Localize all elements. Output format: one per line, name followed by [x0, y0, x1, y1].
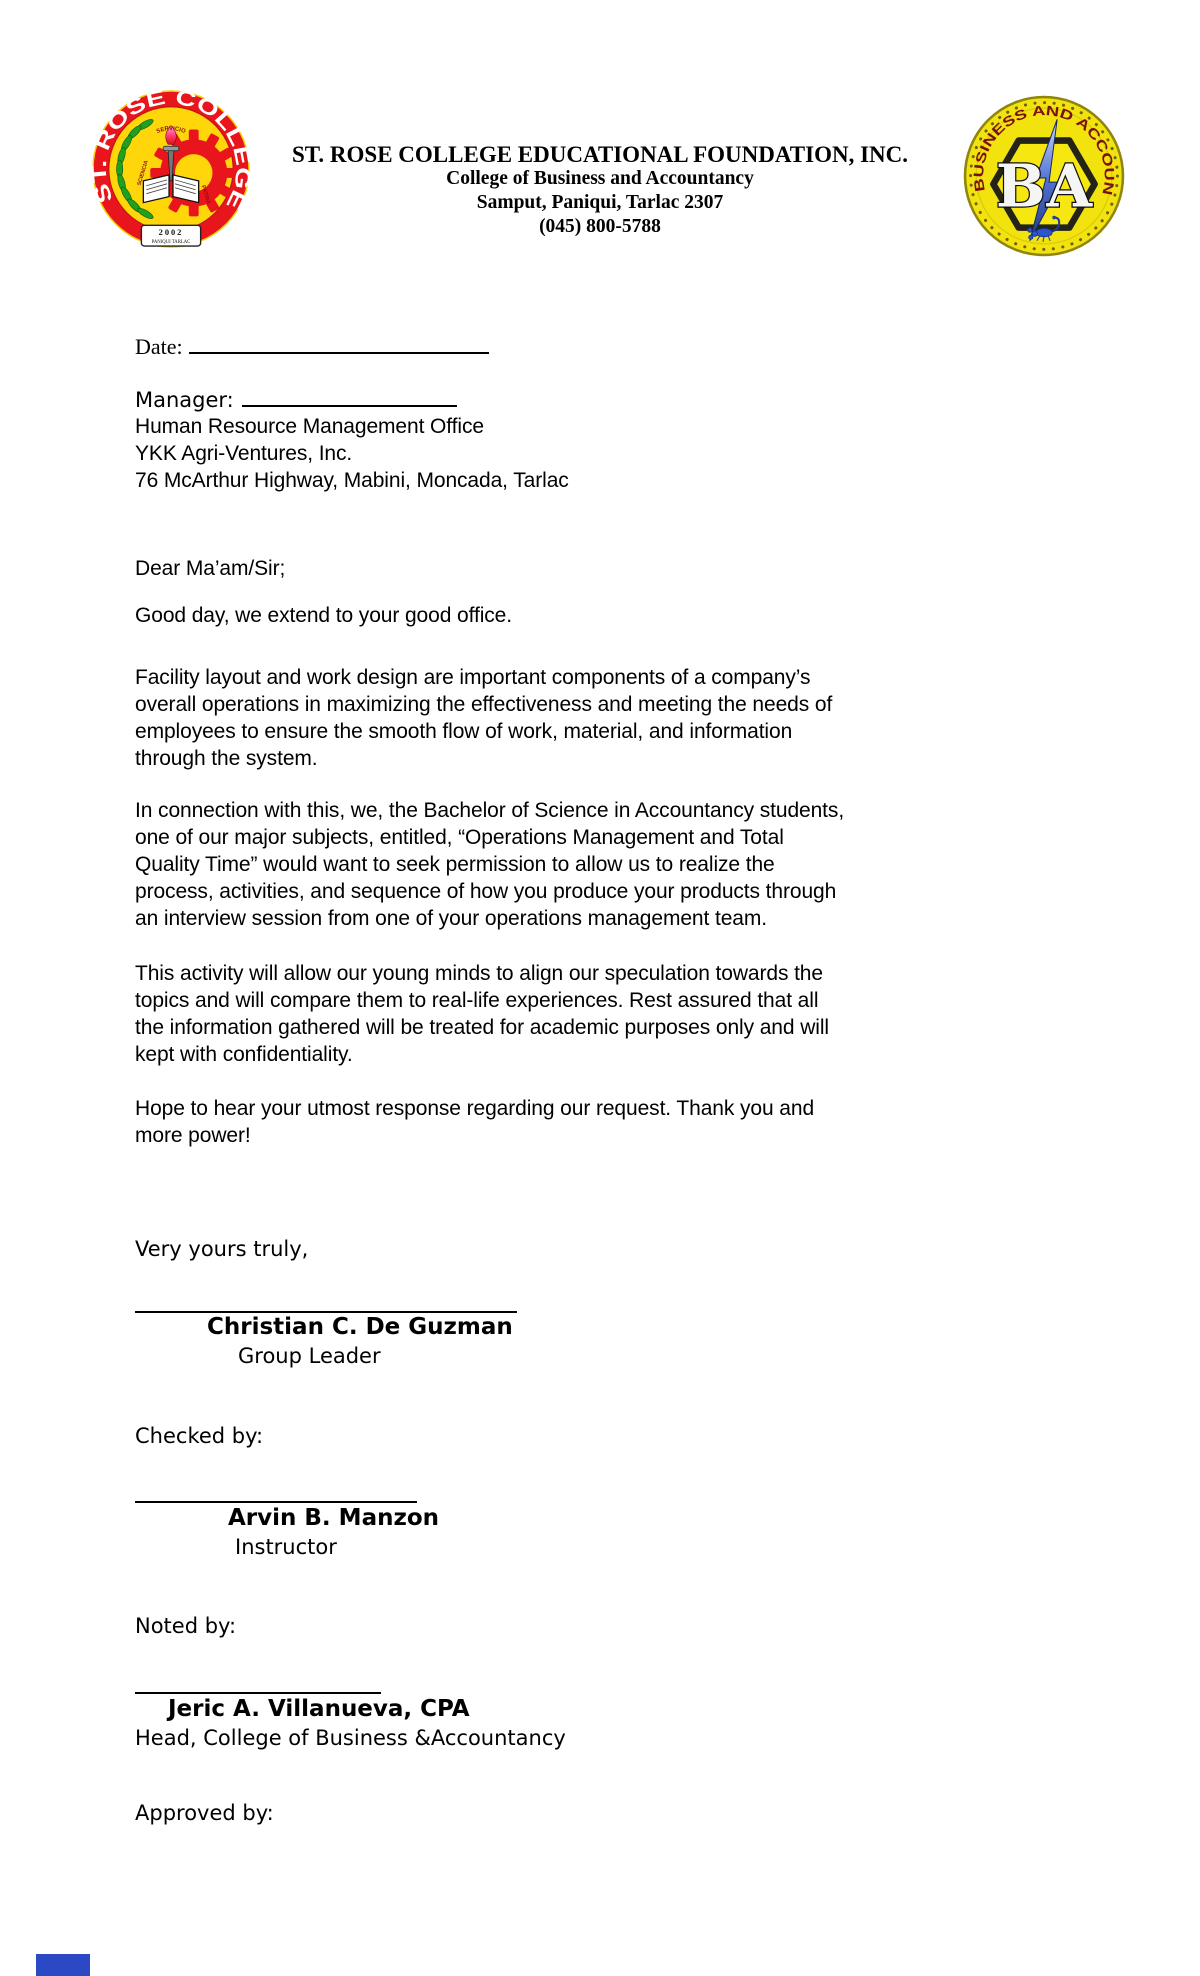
signatory-title-instructor: Instructor	[235, 1535, 337, 1559]
noted-by-label: Noted by:	[135, 1614, 236, 1638]
signature-line-group-leader	[135, 1311, 517, 1313]
letter-page: SERVICIO SCIENCIA PATRIA ST. ROSE COLLEG…	[0, 0, 1200, 1976]
checked-by-label: Checked by:	[135, 1424, 263, 1448]
manager-blank-line	[242, 384, 457, 407]
org-name: ST. ROSE COLLEGE EDUCATIONAL FOUNDATION,…	[0, 143, 1200, 167]
approved-by-label: Approved by:	[135, 1801, 274, 1825]
recipient-address: Human Resource Management Office YKK Agr…	[135, 413, 965, 494]
signatory-name-instructor: Arvin B. Manzon	[228, 1505, 439, 1531]
signatory-title-group-leader: Group Leader	[238, 1344, 381, 1368]
paragraph-intro: Good day, we extend to your good office.	[135, 602, 965, 629]
paragraph-request: In connection with this, we, the Bachelo…	[135, 797, 965, 932]
signatory-title-head: Head, College of Business &Accountancy	[135, 1726, 566, 1750]
paragraph-facility: Facility layout and work design are impo…	[135, 664, 965, 772]
campus-address-line: Samput, Paniqui, Tarlac 2307	[0, 191, 1200, 215]
manager-row: Manager:	[135, 384, 965, 413]
paragraph-assurance: This activity will allow our young minds…	[135, 960, 965, 1068]
college-line: College of Business and Accountancy	[0, 167, 1200, 191]
paragraph-thanks: Hope to hear your utmost response regard…	[135, 1095, 965, 1149]
date-label: Date:	[135, 334, 183, 359]
next-page-table-fragment	[36, 1954, 90, 1976]
date-row: Date:	[135, 330, 489, 360]
seal-banner-place: PANIQUI TARLAC	[152, 240, 191, 245]
salutation: Dear Ma’am/Sir;	[135, 555, 285, 582]
letterhead: ST. ROSE COLLEGE EDUCATIONAL FOUNDATION,…	[0, 143, 1200, 239]
signature-line-instructor	[135, 1501, 417, 1503]
signature-line-head	[135, 1692, 381, 1694]
valediction: Very yours truly,	[135, 1237, 308, 1261]
phone-line: (045) 800-5788	[0, 215, 1200, 239]
recipient-block: Manager: Human Resource Management Offic…	[135, 384, 965, 494]
signatory-name-group-leader: Christian C. De Guzman	[207, 1314, 513, 1340]
date-blank-line	[189, 330, 489, 354]
signatory-name-head: Jeric A. Villanueva, CPA	[168, 1696, 470, 1722]
manager-label: Manager:	[135, 388, 234, 412]
